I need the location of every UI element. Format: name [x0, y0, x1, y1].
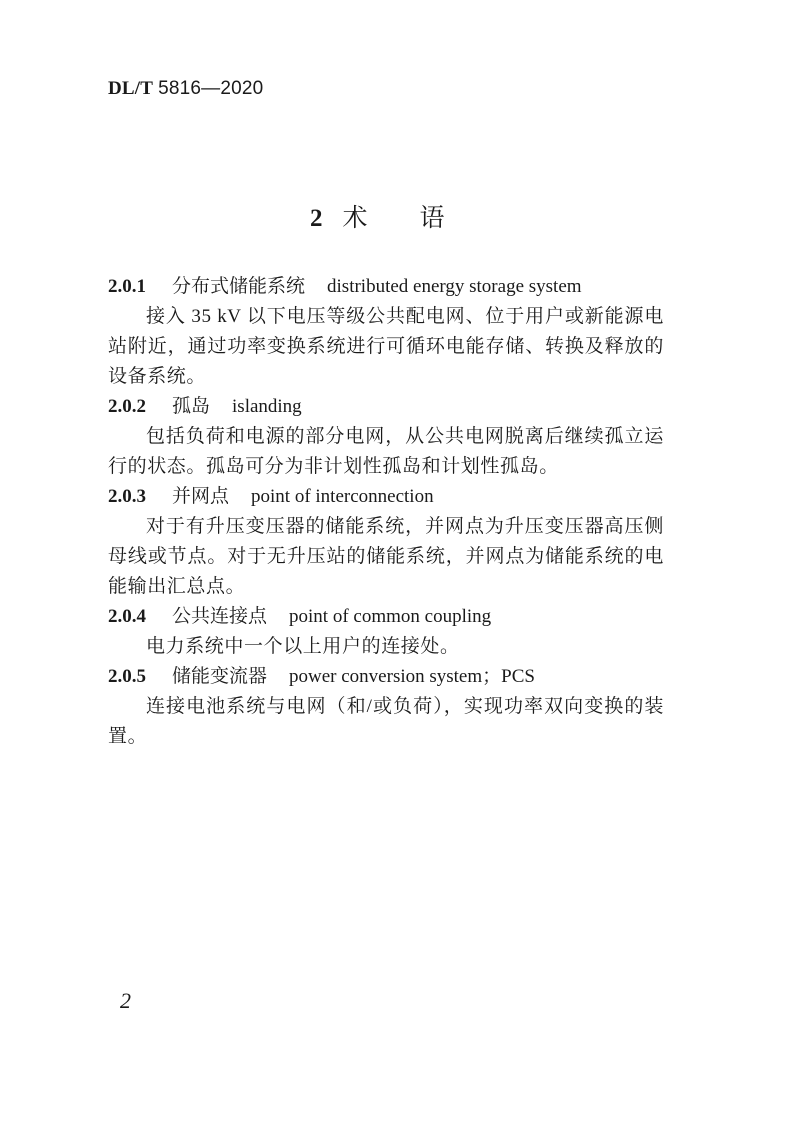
term-zh: 并网点 — [172, 486, 229, 507]
chapter-number: 2 — [310, 205, 323, 233]
term-definition: 电力系统中一个以上用户的连接处。 — [108, 632, 664, 662]
term-entry: 2.0.1分布式储能系统distributed energy storage s… — [108, 272, 664, 392]
term-number: 2.0.4 — [108, 602, 172, 632]
term-heading: 2.0.2孤岛islanding — [108, 392, 664, 422]
term-en: distributed energy storage system — [327, 276, 582, 297]
term-en: islanding — [232, 396, 302, 417]
term-heading: 2.0.1分布式储能系统distributed energy storage s… — [108, 272, 664, 302]
term-number: 2.0.1 — [108, 272, 172, 302]
terms-list: 2.0.1分布式储能系统distributed energy storage s… — [108, 272, 664, 752]
term-zh: 储能变流器 — [172, 666, 267, 687]
term-entry: 2.0.2孤岛islanding 包括负荷和电源的部分电网，从公共电网脱离后继续… — [108, 392, 664, 482]
term-entry: 2.0.5储能变流器power conversion system；PCS 连接… — [108, 662, 664, 752]
term-definition: 对于有升压变压器的储能系统，并网点为升压变压器高压侧母线或节点。对于无升压站的储… — [108, 512, 664, 602]
term-heading: 2.0.3并网点point of interconnection — [108, 482, 664, 512]
term-en: point of interconnection — [251, 486, 434, 507]
chapter-title-char-1: 术 — [343, 198, 368, 234]
term-number: 2.0.5 — [108, 662, 172, 692]
term-heading: 2.0.5储能变流器power conversion system；PCS — [108, 662, 664, 692]
term-number: 2.0.3 — [108, 482, 172, 512]
term-zh: 公共连接点 — [172, 606, 267, 627]
term-definition: 连接电池系统与电网（和/或负荷），实现功率双向变换的装置。 — [108, 692, 664, 752]
term-zh: 分布式储能系统 — [172, 276, 305, 297]
standard-code: DL/T 5816—2020 — [108, 78, 263, 100]
term-definition: 接入 35 kV 以下电压等级公共配电网、位于用户或新能源电站附近，通过功率变换… — [108, 302, 664, 392]
term-en: power conversion system；PCS — [289, 666, 535, 687]
page-number: 2 — [120, 988, 131, 1014]
term-zh: 孤岛 — [172, 396, 210, 417]
term-entry: 2.0.4公共连接点point of common coupling 电力系统中… — [108, 602, 664, 662]
term-entry: 2.0.3并网点point of interconnection 对于有升压变压… — [108, 482, 664, 602]
term-heading: 2.0.4公共连接点point of common coupling — [108, 602, 664, 632]
term-definition: 包括负荷和电源的部分电网，从公共电网脱离后继续孤立运行的状态。孤岛可分为非计划性… — [108, 422, 664, 482]
term-en: point of common coupling — [289, 606, 491, 627]
term-number: 2.0.2 — [108, 392, 172, 422]
chapter-title-char-2: 语 — [420, 198, 445, 234]
standard-number: 5816—2020 — [158, 78, 263, 99]
chapter-title: 2 术 语 — [310, 198, 445, 234]
standard-prefix: DL/T — [108, 78, 153, 99]
